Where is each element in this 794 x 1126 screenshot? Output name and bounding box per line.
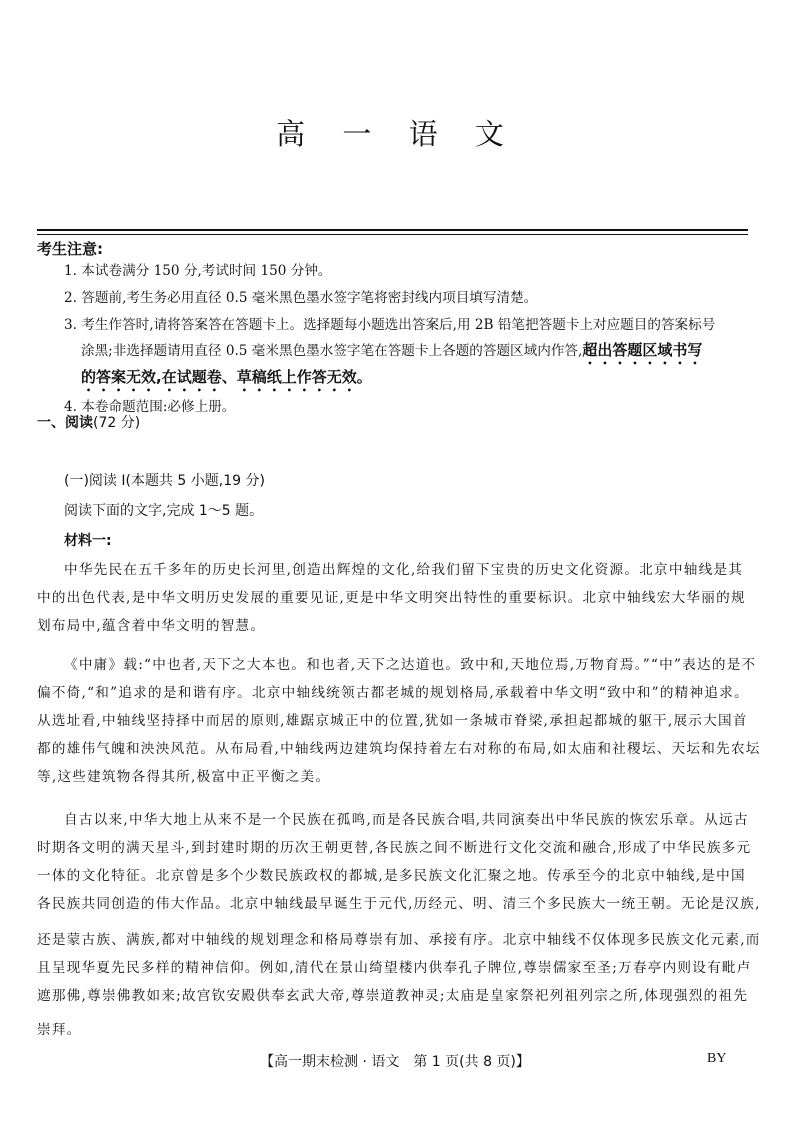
sub-heading: (一)阅读 Ⅰ(本题共 5 小题,19 分)	[64, 470, 265, 490]
notice-item-3-cont: 涂黑;非选择题请用直径 0.5 毫米黑色墨水签字笔在答题卡上各题的答题区域内作答…	[81, 340, 702, 368]
notice-item-1: 1. 本试卷满分 150 分,考试时间 150 分钟。	[64, 261, 332, 281]
passage-line: 崇拜。	[37, 1020, 82, 1040]
passage-line: 且呈现华夏先民多样的精神信仰。例如,清代在景山绮望楼内供奉孔子牌位,尊崇儒家至圣…	[37, 958, 752, 978]
footer-page-label: 【高一期末检测 · 语文 第 1 页(共 8 页)】	[260, 1051, 530, 1071]
notice-emphasis-1: 超出答题区域书写	[582, 341, 702, 359]
passage-line: 时期各文明的满天星斗,到封建时期的历次王朝更替,各民族之间不断进行文化交流和融合…	[37, 838, 751, 858]
section-heading-score: (72 分)	[93, 415, 140, 431]
section-heading: 一、阅读(72 分)	[37, 412, 140, 432]
passage-line: 都的雄伟气魄和泱泱风范。从布局看,中轴线两边建筑均保持着左右对称的布局,如太庙和…	[37, 739, 761, 759]
instruction: 阅读下面的文字,完成 1～5 题。	[64, 500, 263, 520]
passage-line: 还是蒙古族、满族,都对中轴线的规划理念和格局尊崇有加、承接有序。北京中轴线不仅体…	[37, 930, 761, 950]
passage-line: 划布局中,蕴含着中华文明的智慧。	[37, 616, 265, 636]
passage-line: 《中庸》载:“中也者,天下之大本也。和也者,天下之达道也。致中和,天地位焉,万物…	[64, 655, 756, 675]
notice-title: 考生注意:	[37, 238, 103, 259]
passage-line: 各民族共同创造的伟大作品。北京中轴线最早诞生于元代,历经元、明、清三个多民族大一…	[37, 894, 761, 914]
material-label: 材料一:	[64, 530, 112, 550]
passage-line: 偏不倚,“和”追求的是和谐有序。北京中轴线统领古都老城的规划格局,承载着中华文明…	[37, 683, 749, 703]
passage-line: 从选址看,中轴线坚持择中而居的原则,雄踞京城正中的位置,犹如一条城市脊梁,承担起…	[37, 711, 748, 731]
passage-line: 中的出色代表,是中华文明历史发展的重要见证,更是中华文明突出特性的重要标识。北京…	[37, 588, 746, 608]
notice-emphasis-2: 的答案无效,在试题卷、草稿纸上作答无效。	[81, 367, 372, 395]
passage-line: 自古以来,中华大地上从来不是一个民族在孤鸣,而是各民族合唱,共同演奏出中华民族的…	[64, 810, 749, 830]
section-heading-label: 一、阅读	[37, 415, 93, 431]
passage-line: 一体的文化特征。北京曾是多个少数民族政权的都城,是多民族文化汇聚之地。传承至今的…	[37, 866, 746, 886]
passage-line: 等,这些建筑物各得其所,极富中正平衡之美。	[37, 767, 330, 787]
passage-line: 中华先民在五千多年的历史长河里,创造出辉煌的文化,给我们留下宝贵的历史文化资源。…	[64, 560, 743, 580]
double-rule-divider	[37, 229, 748, 235]
notice-item-2: 2. 答题前,考生务必用直径 0.5 毫米黑色墨水签字笔将密封线内项目填写清楚。	[64, 288, 537, 308]
footer-code: BY	[707, 1051, 726, 1067]
page-title: 高 一 语 文	[0, 112, 794, 153]
passage-line: 遮那佛,尊崇佛教如来;故宫钦安殿供奉玄武大帝,尊崇道教神灵;太庙是皇家祭祀列祖列…	[37, 986, 748, 1006]
notice-item-3-cont-text: 涂黑;非选择题请用直径 0.5 毫米黑色墨水签字笔在答题卡上各题的答题区域内作答…	[81, 343, 582, 359]
notice-item-3: 3. 考生作答时,请将答案答在答题卡上。选择题每小题选出答案后,用 2B 铅笔把…	[64, 315, 715, 335]
